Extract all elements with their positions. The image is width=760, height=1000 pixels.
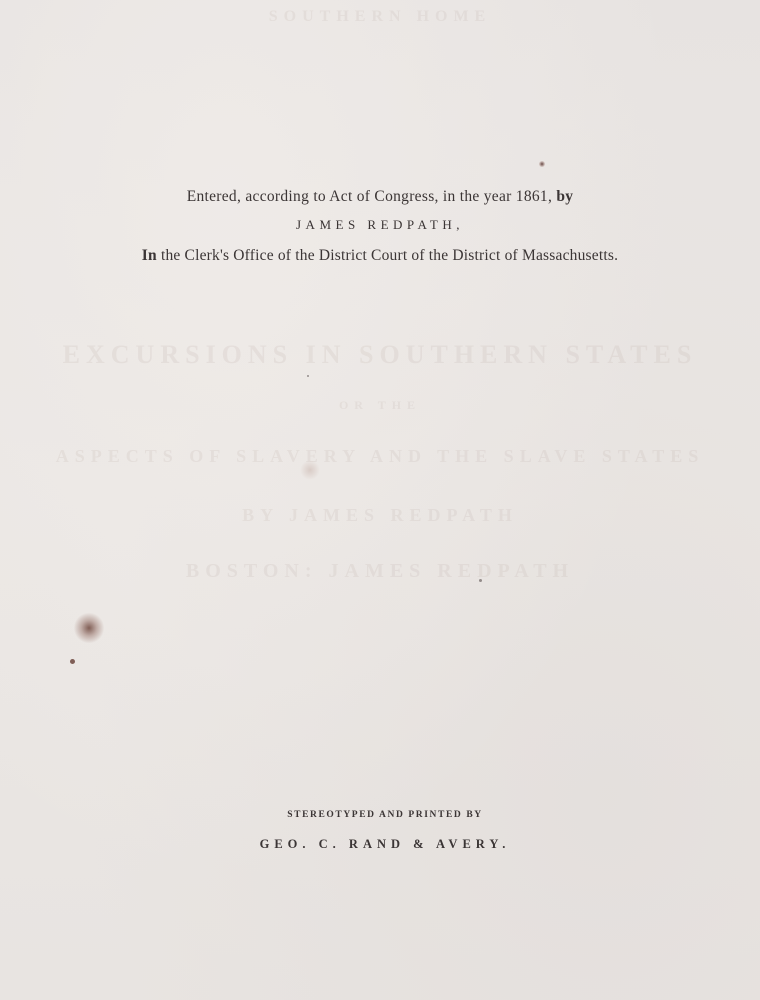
copyright-notice: Entered, according to Act of Congress, i… <box>0 184 760 269</box>
copyright-entry-text: Entered, according to Act of Congress, i… <box>187 188 552 205</box>
copyright-office-lead: In <box>142 247 157 264</box>
copyright-office-line: In the Clerk's Office of the District Co… <box>0 243 760 269</box>
show-through-line: OR THE <box>0 398 760 413</box>
show-through-line: EXCURSIONS IN SOUTHERN STATES <box>0 340 760 370</box>
stain-dot <box>539 161 545 167</box>
stain-dot <box>307 375 309 377</box>
copyright-by-text: by <box>556 188 573 205</box>
show-through-line: BY JAMES REDPATH <box>0 505 760 526</box>
printer-label: STEREOTYPED AND PRINTED BY <box>10 806 760 824</box>
copyright-entry-line: Entered, according to Act of Congress, i… <box>0 184 760 210</box>
printer-name: GEO. C. RAND & AVERY. <box>10 834 760 854</box>
stain-spot <box>74 612 104 644</box>
printer-imprint: STEREOTYPED AND PRINTED BY GEO. C. RAND … <box>0 806 760 854</box>
document-page: SOUTHERN HOME EXCURSIONS IN SOUTHERN STA… <box>0 0 760 1000</box>
copyright-holder: JAMES REDPATH, <box>0 212 760 238</box>
show-through-line: SOUTHERN HOME <box>0 8 760 26</box>
show-through-line: ASPECTS OF SLAVERY AND THE SLAVE STATES <box>0 446 760 467</box>
stain-dot <box>70 659 75 664</box>
stain-faint <box>300 460 320 480</box>
stain-dot <box>479 579 482 582</box>
show-through-line: BOSTON: JAMES REDPATH <box>0 560 760 583</box>
copyright-office-text: the Clerk's Office of the District Court… <box>161 247 618 264</box>
